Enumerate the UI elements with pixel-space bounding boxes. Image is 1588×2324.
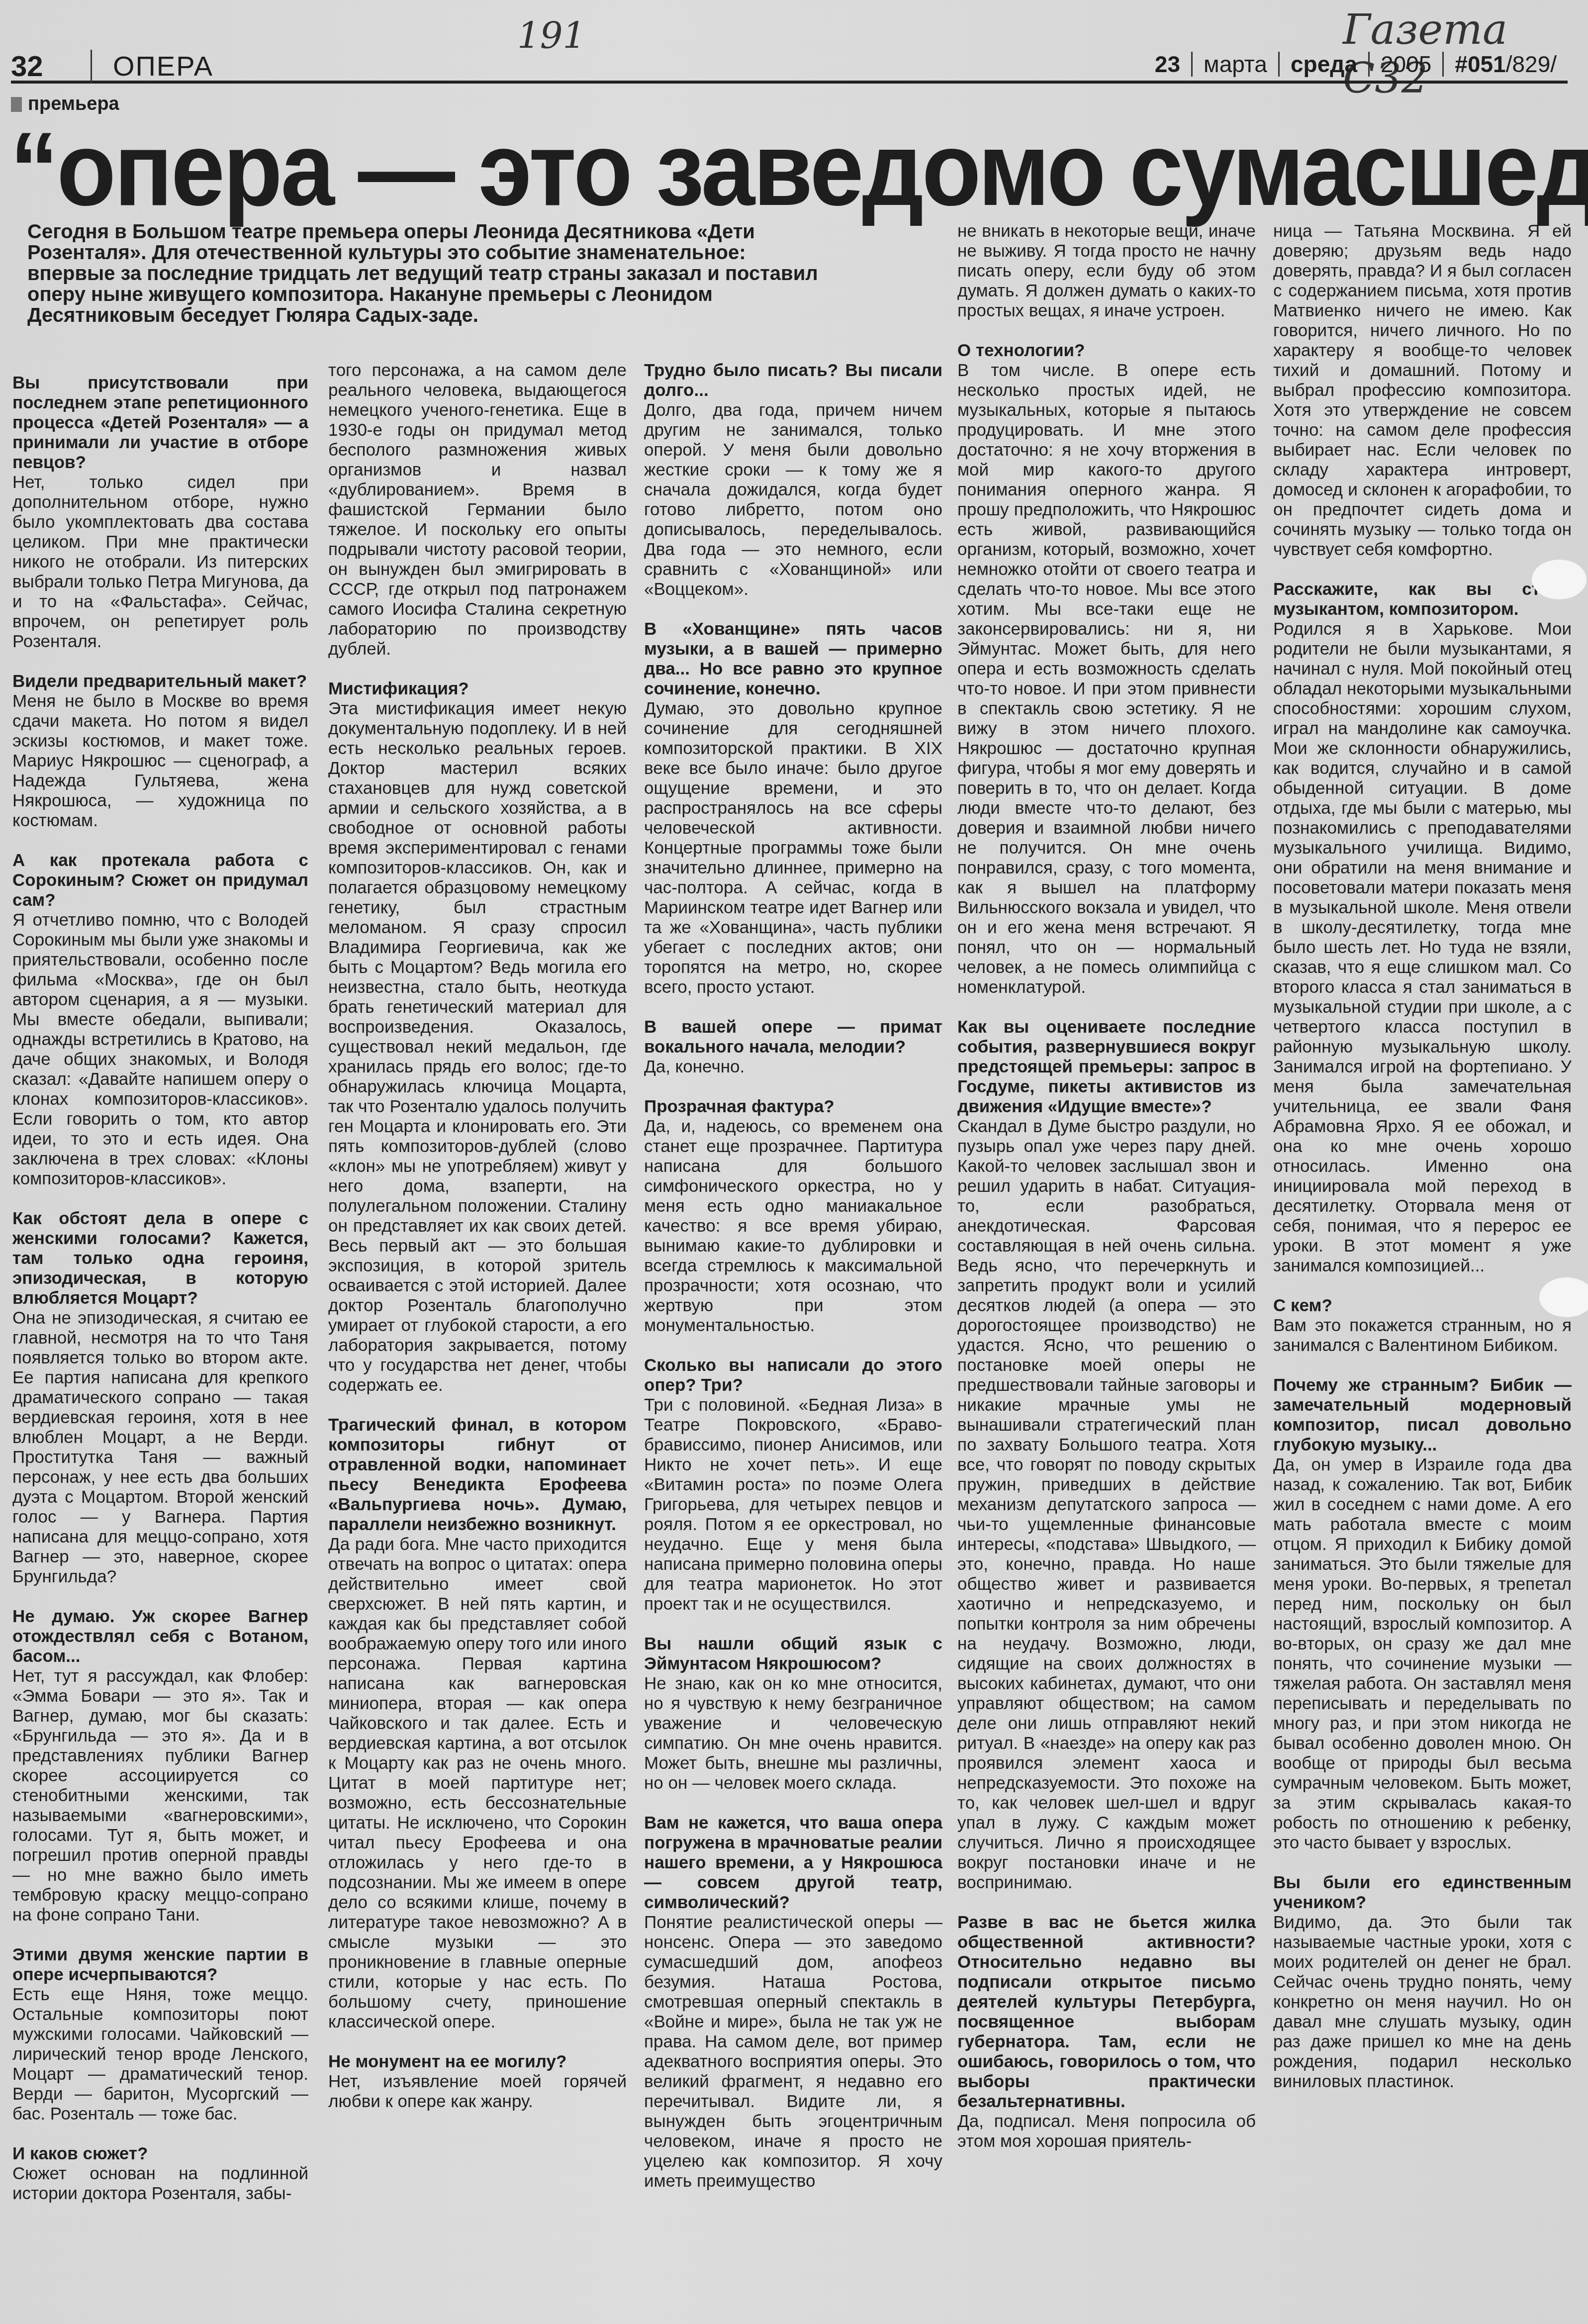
interview-answer: Меня не было в Москве во время сдачи мак…: [12, 691, 308, 831]
interview-answer: Да, конечно.: [644, 1057, 942, 1077]
interview-block: И каков сюжет?Сюжет основан на подлинной…: [12, 2144, 308, 2204]
interview-question: Трудно было писать? Вы писали долго...: [644, 361, 942, 400]
interview-block: Трагический финал, в котором композиторы…: [328, 1415, 627, 2032]
interview-block: Трудно было писать? Вы писали долго...До…: [644, 361, 942, 599]
interview-question: Трагический финал, в котором композиторы…: [328, 1415, 627, 1535]
newspaper-page: 191 Газета С32 32 ОПЕРА 23 марта среда 2…: [0, 0, 1588, 2324]
interview-block: ница — Татьяна Москвина. Я ей доверяю; д…: [1273, 221, 1572, 560]
interview-block: Разве в вас не бьется жилка общественной…: [957, 1913, 1256, 2151]
interview-block: В «Хованщине» пять часов музыки, а в ваш…: [644, 619, 942, 997]
interview-block: Как вы оцениваете последние события, раз…: [957, 1017, 1256, 1893]
interview-question: В вашей опере — примат вокального начала…: [644, 1017, 942, 1057]
interview-question: Мистификация?: [328, 679, 627, 699]
issue-month: марта: [1191, 52, 1278, 77]
interview-answer: Да ради бога. Мне часто приходится отвеч…: [328, 1535, 627, 2032]
interview-answer: Да, он умер в Израиле года два назад, к …: [1273, 1455, 1572, 1853]
interview-block: Сколько вы написали до этого опер? Три?Т…: [644, 1356, 942, 1614]
interview-question: Прозрачная фактура?: [644, 1097, 942, 1117]
kicker-square-icon: [11, 97, 22, 112]
interview-question: Почему же странным? Бибик — замечательны…: [1273, 1375, 1572, 1455]
interview-block: Вы были его единственным учеником?Видимо…: [1273, 1873, 1572, 2092]
article-column-5: ница — Татьяна Москвина. Я ей доверяю; д…: [1273, 221, 1572, 2112]
interview-answer: Три с половиной. «Бедная Лиза» в Театре …: [644, 1395, 942, 1614]
interview-block: Расскажите, как вы стали музыкантом, ком…: [1273, 580, 1572, 1276]
header-divider: [91, 50, 92, 84]
issue-weekday: среда: [1278, 52, 1368, 77]
interview-answer: того персонажа, а на самом деле реальног…: [328, 361, 627, 659]
interview-answer: Да, подписал. Меня попросила об этом моя…: [957, 2112, 1256, 2151]
interview-question: Вы нашли общий язык с Эймунтасом Някрошю…: [644, 1634, 942, 1674]
issue-day: 23: [1144, 52, 1191, 77]
interview-answer: Родился я в Харькове. Мои родители не бы…: [1273, 619, 1572, 1276]
interview-block: Этими двумя женские партии в опере исчер…: [12, 1945, 308, 2124]
article-column-1: Вы присутствовали при последнем этапе ре…: [12, 373, 308, 2224]
interview-answer: Нет, тут я рассуждал, как Флобер: «Эмма …: [12, 1666, 308, 1925]
interview-question: Вы были его единственным учеником?: [1273, 1873, 1572, 1913]
interview-question: И каков сюжет?: [12, 2144, 308, 2164]
interview-block: не вникать в некоторые вещи, иначе не вы…: [957, 221, 1256, 321]
interview-block: Почему же странным? Бибик — замечательны…: [1273, 1375, 1572, 1853]
article-column-2: того персонажа, а на самом деле реальног…: [328, 361, 627, 2131]
punch-hole: [1532, 560, 1587, 599]
issue-number: #051/829/: [1442, 52, 1568, 77]
lead-paragraph: Сегодня в Большом театре премьера оперы …: [27, 221, 823, 326]
interview-question: Видели предварительный макет?: [12, 672, 308, 691]
article-column-3: Трудно было писать? Вы писали долго...До…: [644, 361, 942, 2211]
interview-answer: Скандал в Думе быстро раздули, но пузырь…: [957, 1117, 1256, 1893]
interview-question: А как протекала работа с Сорокиным? Сюже…: [12, 851, 308, 910]
interview-answer: Нет, только сидел при дополнительном отб…: [12, 473, 308, 652]
interview-block: В вашей опере — примат вокального начала…: [644, 1017, 942, 1077]
interview-answer: Долго, два года, причем ничем другим не …: [644, 400, 942, 599]
interview-question: В «Хованщине» пять часов музыки, а в ваш…: [644, 619, 942, 699]
interview-answer: Думаю, это довольно крупное сочинение дл…: [644, 699, 942, 997]
interview-answer: Эта мистификация имеет некую документаль…: [328, 699, 627, 1395]
interview-question: Этими двумя женские партии в опере исчер…: [12, 1945, 308, 1985]
interview-block: Как обстоят дела в опере с женскими голо…: [12, 1209, 308, 1587]
article-column-4: не вникать в некоторые вещи, иначе не вы…: [957, 221, 1256, 2171]
interview-question: Как обстоят дела в опере с женскими голо…: [12, 1209, 308, 1308]
interview-answer: Да, и, надеюсь, со временем она станет е…: [644, 1117, 942, 1336]
interview-block: Не думаю. Уж скорее Вагнер отождествлял …: [12, 1607, 308, 1925]
interview-question: Разве в вас не бьется жилка общественной…: [957, 1913, 1256, 2112]
interview-block: Вам не кажется, что ваша опера погружена…: [644, 1813, 942, 2191]
interview-question: Как вы оцениваете последние события, раз…: [957, 1017, 1256, 1117]
interview-question: Не монумент на ее могилу?: [328, 2052, 627, 2072]
interview-question: Вы присутствовали при последнем этапе ре…: [12, 373, 308, 473]
interview-block: С кем?Вам это покажется странным, но я з…: [1273, 1296, 1572, 1356]
interview-answer: Понятие реалистической оперы — нонсенс. …: [644, 1913, 942, 2191]
page-header: 32 ОПЕРА 23 марта среда 2005 #051/829/: [11, 50, 1568, 84]
interview-question: Не думаю. Уж скорее Вагнер отождествлял …: [12, 1607, 308, 1666]
section-rubric: ОПЕРА: [113, 50, 213, 82]
interview-block: Вы присутствовали при последнем этапе ре…: [12, 373, 308, 652]
interview-block: Вы нашли общий язык с Эймунтасом Някрошю…: [644, 1634, 942, 1793]
interview-answer: Видимо, да. Это были так называемые част…: [1273, 1913, 1572, 2092]
interview-block: Видели предварительный макет?Меня не был…: [12, 672, 308, 831]
interview-answer: Не знаю, как он ко мне относится, но я ч…: [644, 1674, 942, 1793]
issue-meta: 23 марта среда 2005 #051/829/: [1144, 52, 1568, 77]
interview-question: О технологии?: [957, 341, 1256, 361]
interview-block: А как протекала работа с Сорокиным? Сюже…: [12, 851, 308, 1189]
interview-block: Мистификация?Эта мистификация имеет неку…: [328, 679, 627, 1395]
interview-answer: Сюжет основан на подлинной истории докто…: [12, 2164, 308, 2204]
issue-year: 2005: [1368, 52, 1442, 77]
interview-answer: Есть еще Няня, тоже меццо. Остальные ком…: [12, 1985, 308, 2124]
interview-answer: В том числе. В опере есть несколько прос…: [957, 361, 1256, 997]
interview-block: Прозрачная фактура?Да, и, надеюсь, со вр…: [644, 1097, 942, 1336]
interview-question: С кем?: [1273, 1296, 1572, 1316]
interview-answer: Нет, изъявление моей горячей любви к опе…: [328, 2072, 627, 2112]
interview-answer: не вникать в некоторые вещи, иначе не вы…: [957, 221, 1256, 321]
headline: “опера — это заведомо сумасшедший: [10, 112, 1588, 226]
interview-answer: ница — Татьяна Москвина. Я ей доверяю; д…: [1273, 221, 1572, 560]
interview-answer: Вам это покажется странным, но я занимал…: [1273, 1316, 1572, 1356]
interview-block: того персонажа, а на самом деле реальног…: [328, 361, 627, 659]
interview-block: О технологии?В том числе. В опере есть н…: [957, 341, 1256, 997]
interview-question: Расскажите, как вы стали музыкантом, ком…: [1273, 580, 1572, 619]
interview-answer: Я отчетливо помню, что с Володей Сорокин…: [12, 910, 308, 1189]
interview-question: Сколько вы написали до этого опер? Три?: [644, 1356, 942, 1395]
interview-answer: Она не эпизодическая, я считаю ее главно…: [12, 1308, 308, 1587]
page-number: 32: [11, 50, 43, 83]
interview-block: Не монумент на ее могилу?Нет, изъявление…: [328, 2052, 627, 2112]
interview-question: Вам не кажется, что ваша опера погружена…: [644, 1813, 942, 1913]
